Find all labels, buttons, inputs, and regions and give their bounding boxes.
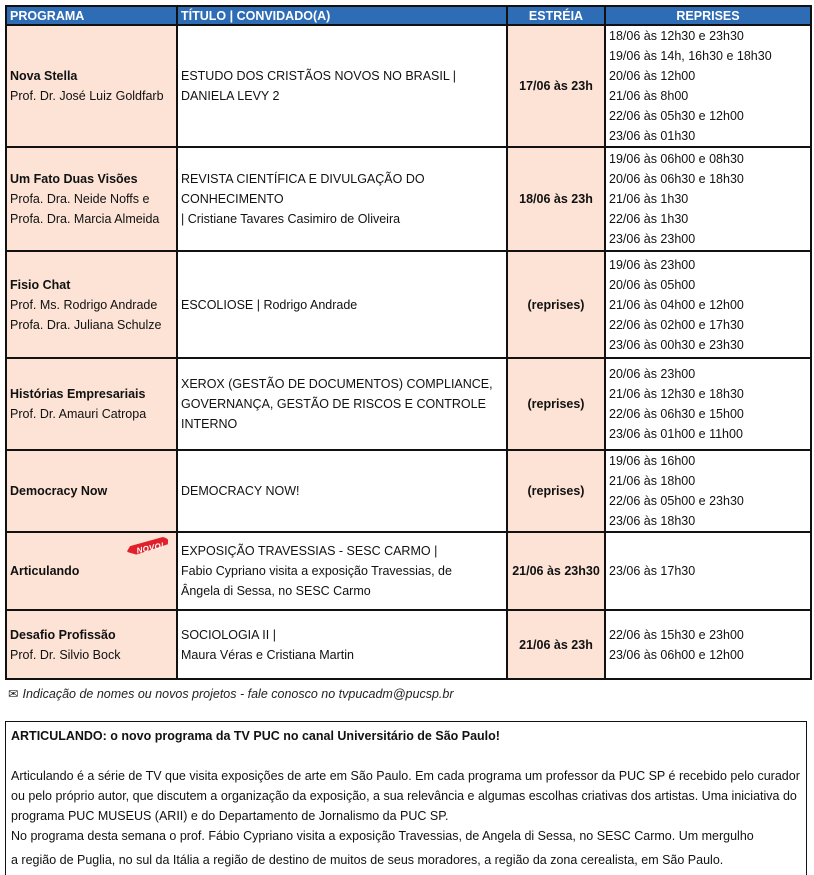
rerun-time: 20/06 às 23h00 (609, 364, 807, 384)
rerun-time: 21/06 às 8h00 (609, 86, 807, 106)
premiere-cell: (reprises) (507, 251, 605, 358)
rerun-time: 23/06 às 17h30 (609, 561, 807, 581)
program-host: Profa. Dra. Neide Noffs e (10, 189, 173, 209)
premiere-cell: 18/06 às 23h (507, 147, 605, 251)
rerun-time: 22/06 às 06h30 e 15h00 (609, 404, 807, 424)
rerun-time: 22/06 às 15h30 e 23h00 (609, 625, 807, 645)
reruns-cell: 19/06 às 23h0020/06 às 05h0021/06 às 04h… (605, 251, 811, 358)
title-line: REVISTA CIENTÍFICA E DIVULGAÇÃO DO (181, 169, 503, 189)
header-titulo: TÍTULO | CONVIDADO(A) (177, 6, 507, 25)
footnote-text: Indicação de nomes ou novos projetos - f… (22, 687, 453, 701)
rerun-time: 21/06 às 04h00 e 12h00 (609, 295, 807, 315)
program-name: Um Fato Duas Visões (10, 169, 173, 189)
title-line: ESCOLIOSE | Rodrigo Andrade (181, 295, 503, 315)
rerun-time: 19/06 às 06h00 e 08h30 (609, 149, 807, 169)
premiere-cell: 21/06 às 23h (507, 610, 605, 679)
table-row: Nova StellaProf. Dr. José Luiz GoldfarbE… (6, 25, 811, 147)
program-cell: ArticulandoNOVO! (6, 532, 177, 610)
reruns-cell: 20/06 às 23h0021/06 às 12h30 e 18h3022/0… (605, 358, 811, 450)
header-programa: PROGRAMA (6, 6, 177, 25)
table-row: Desafio ProfissãoProf. Dr. Silvio BockSO… (6, 610, 811, 679)
premiere-cell: 17/06 às 23h (507, 25, 605, 147)
title-line: Fabio Cypriano visita a exposição Traves… (181, 561, 503, 581)
program-host: Prof. Dr. Amauri Catropa (10, 404, 173, 424)
title-line: CONHECIMENTO (181, 189, 503, 209)
new-badge: NOVO! (125, 533, 172, 560)
program-cell: Um Fato Duas VisõesProfa. Dra. Neide Nof… (6, 147, 177, 251)
header-reprises: REPRISES (605, 6, 811, 25)
program-name: Fisio Chat (10, 275, 173, 295)
rerun-time: 23/06 às 01h30 (609, 126, 807, 146)
title-line: INTERNO (181, 414, 503, 434)
reruns-cell: 19/06 às 16h0021/06 às 18h0022/06 às 05h… (605, 450, 811, 532)
program-cell: Fisio ChatProf. Ms. Rodrigo AndradeProfa… (6, 251, 177, 358)
title-line: Ângela di Sessa, no SESC Carmo (181, 581, 503, 601)
title-line: Maura Véras e Cristiana Martin (181, 645, 503, 665)
program-name: Histórias Empresariais (10, 384, 173, 404)
program-host: Prof. Dr. Silvio Bock (10, 645, 173, 665)
premiere-cell: 21/06 às 23h30 (507, 532, 605, 610)
title-cell: XEROX (GESTÃO DE DOCUMENTOS) COMPLIANCE,… (177, 358, 507, 450)
rerun-time: 23/06 às 00h30 e 23h30 (609, 335, 807, 355)
program-cell: Histórias EmpresariaisProf. Dr. Amauri C… (6, 358, 177, 450)
table-body: Nova StellaProf. Dr. José Luiz GoldfarbE… (6, 25, 811, 679)
title-line: | Cristiane Tavares Casimiro de Oliveira (181, 209, 503, 229)
rerun-time: 22/06 às 02h00 e 17h30 (609, 315, 807, 335)
rerun-time: 22/06 às 1h30 (609, 209, 807, 229)
header-estreia: ESTRÉIA (507, 6, 605, 25)
title-cell: ESTUDO DOS CRISTÃOS NOVOS NO BRASIL |DAN… (177, 25, 507, 147)
info-paragraph: a região de Puglia, no sul da Itália a r… (11, 850, 801, 870)
rerun-time: 22/06 às 05h30 e 12h00 (609, 106, 807, 126)
title-line: SOCIOLOGIA II | (181, 625, 503, 645)
title-line: XEROX (GESTÃO DE DOCUMENTOS) COMPLIANCE, (181, 374, 503, 394)
program-host: Profa. Dra. Juliana Schulze (10, 315, 173, 335)
title-cell: REVISTA CIENTÍFICA E DIVULGAÇÃO DOCONHEC… (177, 147, 507, 251)
program-host: Profa. Dra. Marcia Almeida (10, 209, 173, 229)
title-line: EXPOSIÇÃO TRAVESSIAS - SESC CARMO | (181, 541, 503, 561)
program-cell: Nova StellaProf. Dr. José Luiz Goldfarb (6, 25, 177, 147)
table-row: Fisio ChatProf. Ms. Rodrigo AndradeProfa… (6, 251, 811, 358)
table-row: Um Fato Duas VisõesProfa. Dra. Neide Nof… (6, 147, 811, 251)
program-name: Articulando (10, 561, 173, 581)
title-line: ESTUDO DOS CRISTÃOS NOVOS NO BRASIL | (181, 66, 503, 86)
contact-footnote: ✉Indicação de nomes ou novos projetos - … (8, 686, 453, 701)
title-line: DEMOCRACY NOW! (181, 481, 503, 501)
rerun-time: 21/06 às 12h30 e 18h30 (609, 384, 807, 404)
rerun-time: 20/06 às 12h00 (609, 66, 807, 86)
reruns-cell: 23/06 às 17h30 (605, 532, 811, 610)
envelope-icon: ✉ (8, 687, 18, 701)
reruns-cell: 19/06 às 06h00 e 08h3020/06 às 06h30 e 1… (605, 147, 811, 251)
rerun-time: 19/06 às 16h00 (609, 451, 807, 471)
title-line: DANIELA LEVY 2 (181, 86, 503, 106)
rerun-time: 21/06 às 1h30 (609, 189, 807, 209)
title-cell: SOCIOLOGIA II |Maura Véras e Cristiana M… (177, 610, 507, 679)
program-name: Nova Stella (10, 66, 173, 86)
rerun-time: 19/06 às 14h, 16h30 e 18h30 (609, 46, 807, 66)
reruns-cell: 22/06 às 15h30 e 23h0023/06 às 06h00 e 1… (605, 610, 811, 679)
title-line: GOVERNANÇA, GESTÃO DE RISCOS E CONTROLE (181, 394, 503, 414)
articulando-info-box: ARTICULANDO: o novo programa da TV PUC n… (5, 721, 807, 875)
program-cell: Democracy Now (6, 450, 177, 532)
rerun-time: 20/06 às 05h00 (609, 275, 807, 295)
reruns-cell: 18/06 às 12h30 e 23h3019/06 às 14h, 16h3… (605, 25, 811, 147)
schedule-table: PROGRAMA TÍTULO | CONVIDADO(A) ESTRÉIA R… (5, 5, 812, 680)
info-paragraph: No programa desta semana o prof. Fábio C… (11, 826, 801, 846)
table-header-row: PROGRAMA TÍTULO | CONVIDADO(A) ESTRÉIA R… (6, 6, 811, 25)
info-title: ARTICULANDO: o novo programa da TV PUC n… (11, 726, 801, 746)
title-cell: DEMOCRACY NOW! (177, 450, 507, 532)
table-row: ArticulandoNOVO!EXPOSIÇÃO TRAVESSIAS - S… (6, 532, 811, 610)
rerun-time: 18/06 às 12h30 e 23h30 (609, 26, 807, 46)
title-cell: ESCOLIOSE | Rodrigo Andrade (177, 251, 507, 358)
premiere-cell: (reprises) (507, 358, 605, 450)
info-paragraph: Articulando é a série de TV que visita e… (11, 766, 801, 826)
table-row: Democracy NowDEMOCRACY NOW!(reprises)19/… (6, 450, 811, 532)
new-badge-label: NOVO! (135, 536, 166, 561)
table-row: Histórias EmpresariaisProf. Dr. Amauri C… (6, 358, 811, 450)
rerun-time: 22/06 às 05h00 e 23h30 (609, 491, 807, 511)
rerun-time: 23/06 às 01h00 e 11h00 (609, 424, 807, 444)
rerun-time: 20/06 às 06h30 e 18h30 (609, 169, 807, 189)
program-name: Democracy Now (10, 481, 173, 501)
program-name: Desafio Profissão (10, 625, 173, 645)
title-cell: EXPOSIÇÃO TRAVESSIAS - SESC CARMO |Fabio… (177, 532, 507, 610)
program-cell: Desafio ProfissãoProf. Dr. Silvio Bock (6, 610, 177, 679)
rerun-time: 23/06 às 18h30 (609, 511, 807, 531)
rerun-time: 23/06 às 23h00 (609, 229, 807, 249)
premiere-cell: (reprises) (507, 450, 605, 532)
rerun-time: 21/06 às 18h00 (609, 471, 807, 491)
rerun-time: 23/06 às 06h00 e 12h00 (609, 645, 807, 665)
program-host: Prof. Dr. José Luiz Goldfarb (10, 86, 173, 106)
program-host: Prof. Ms. Rodrigo Andrade (10, 295, 173, 315)
rerun-time: 19/06 às 23h00 (609, 255, 807, 275)
